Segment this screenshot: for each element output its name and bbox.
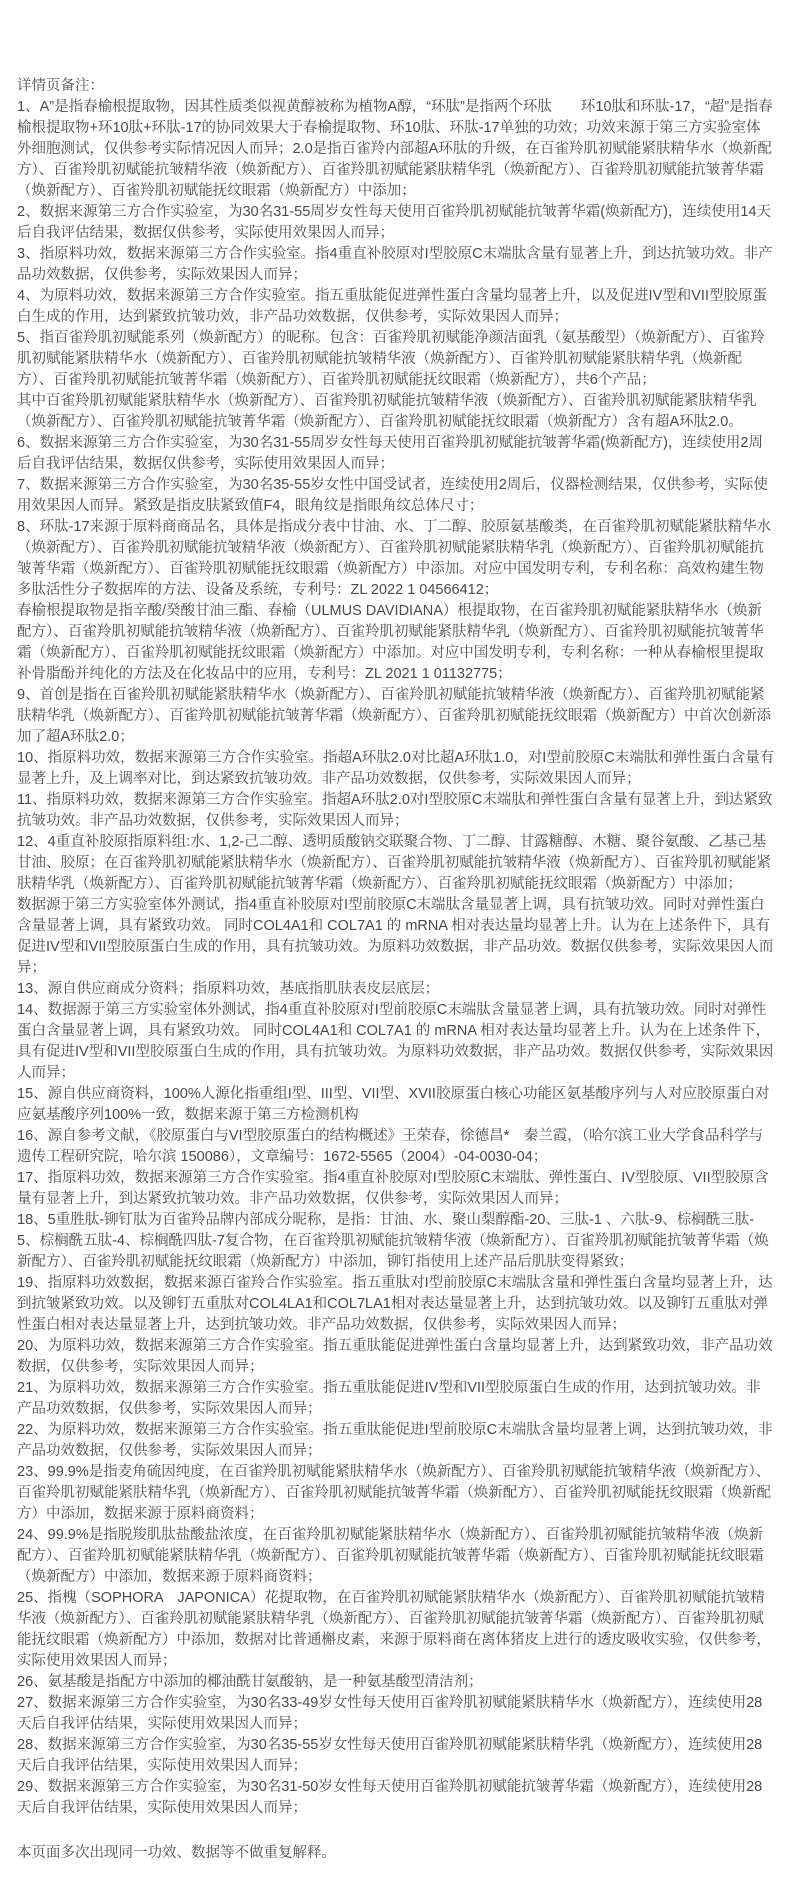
note-item-14: 14、数据源于第三方实验室体外测试，指4重直补胶原对I型前胶原C末端肽含量显著上… xyxy=(17,1000,775,1084)
footer-disclaimer: 本页面多次出现同一功效、数据等不做重复解释。 xyxy=(17,1843,775,1864)
note-item-28: 28、数据来源第三方合作实验室，为30名35-55岁女性每天使用百雀羚肌初赋能紧… xyxy=(17,1735,775,1777)
note-item-17: 17、指原料功效，数据来源第三方合作实验室。指4重直补胶原对I型胶原C末端肽、弹… xyxy=(17,1168,775,1210)
note-item-24: 24、99.9%是指脱羧肌肽盐酸盐浓度，在百雀羚肌初赋能紧肤精华水（焕新配方）、… xyxy=(17,1525,775,1588)
note-item-18: 18、5重胜肽-铆钉肽为百雀羚品牌内部成分昵称，是指：甘油、水、聚山梨醇酯-20… xyxy=(17,1210,775,1273)
note-item-12: 12、4重直补胶原指原料组:水、1,2-己二醇、透明质酸钠交联聚合物、丁二醇、甘… xyxy=(17,832,775,979)
note-item-29: 29、数据来源第三方合作实验室，为30名31-50岁女性每天使用百雀羚肌初赋能抗… xyxy=(17,1777,775,1819)
note-item-3: 3、指原料功效，数据来源第三方合作实验室。指4重直补胶原对I型胶原C末端肽含量有… xyxy=(17,244,775,286)
page-title: 详情页备注： xyxy=(17,76,775,97)
note-item-15: 15、源自供应商资料，100%人源化指重组I型、III型、VII型、XVII胶原… xyxy=(17,1084,775,1126)
note-item-26: 26、氨基酸是指配方中添加的椰油酰甘氨酸钠，是一种氨基酸型清洁剂； xyxy=(17,1672,775,1693)
note-item-8: 8、环肽-17来源于原料商商品名，具体是指成分表中甘油、水、丁二醇、胶原氨基酸类… xyxy=(17,517,775,685)
note-item-2: 2、数据来源第三方合作实验室，为30名31-55周岁女性每天使用百雀羚肌初赋能抗… xyxy=(17,202,775,244)
note-item-13: 13、源自供应商成分资料；指原料功效，基底指肌肤表皮层底层； xyxy=(17,979,775,1000)
note-item-22: 22、为原料功效，数据来源第三方合作实验室。指五重肽能促进I型前胶原C末端肽含量… xyxy=(17,1420,775,1462)
note-item-1: 1、A”是指春榆根提取物，因其性质类似视黄醇被称为植物A醇，“环肽”是指两个环肽… xyxy=(17,97,775,202)
note-item-21: 21、为原料功效，数据来源第三方合作实验室。指五重肽能促进IV型和VII型胶原蛋… xyxy=(17,1378,775,1420)
detail-notes-page: 详情页备注： 1、A”是指春榆根提取物，因其性质类似视黄醇被称为植物A醇，“环肽… xyxy=(0,0,790,1904)
note-item-25: 25、指槐（SOPHORA JAPONICA）花提取物，在百雀羚肌初赋能紧肤精华… xyxy=(17,1588,775,1672)
note-item-4: 4、为原料功效，数据来源第三方合作实验室。指五重肽能促进弹性蛋白含量均显著上升，… xyxy=(17,286,775,328)
note-item-7: 7、数据来源第三方合作实验室，为30名35-55岁女性中国受试者，连续使用2周后… xyxy=(17,475,775,517)
note-item-10: 10、指原料功效，数据来源第三方合作实验室。指超A环肽2.0对比超A环肽1.0，… xyxy=(17,748,775,790)
note-item-6: 6、数据来源第三方合作实验室，为30名31-55周岁女性每天使用百雀羚肌初赋能抗… xyxy=(17,433,775,475)
note-item-11: 11、指原料功效，数据来源第三方合作实验室。指超A环肽2.0对I型胶原C末端肽和… xyxy=(17,790,775,832)
note-item-19: 19、指原料功效数据，数据来源百雀羚合作实验室。指五重肽对I型前胶原C末端肽含量… xyxy=(17,1273,775,1336)
note-item-5: 5、指百雀羚肌初赋能系列（焕新配方）的昵称。包含：百雀羚肌初赋能净颜洁面乳（氨基… xyxy=(17,328,775,433)
notes-list: 1、A”是指春榆根提取物，因其性质类似视黄醇被称为植物A醇，“环肽”是指两个环肽… xyxy=(17,97,775,1819)
note-item-16: 16、源自参考文献，《胶原蛋白与VI型胶原蛋白的结构概述》王荣春，徐德昌* 秦兰… xyxy=(17,1126,775,1168)
note-item-27: 27、数据来源第三方合作实验室，为30名33-49岁女性每天使用百雀羚肌初赋能紧… xyxy=(17,1693,775,1735)
note-item-23: 23、99.9%是指麦角硫因纯度，在百雀羚肌初赋能紧肤精华水（焕新配方）、百雀羚… xyxy=(17,1462,775,1525)
note-item-9: 9、首创是指在百雀羚肌初赋能紧肤精华水（焕新配方）、百雀羚肌初赋能抗皱精华液（焕… xyxy=(17,685,775,748)
note-item-20: 20、为原料功效，数据来源第三方合作实验室。指五重肽能促进弹性蛋白含量均显著上升… xyxy=(17,1336,775,1378)
